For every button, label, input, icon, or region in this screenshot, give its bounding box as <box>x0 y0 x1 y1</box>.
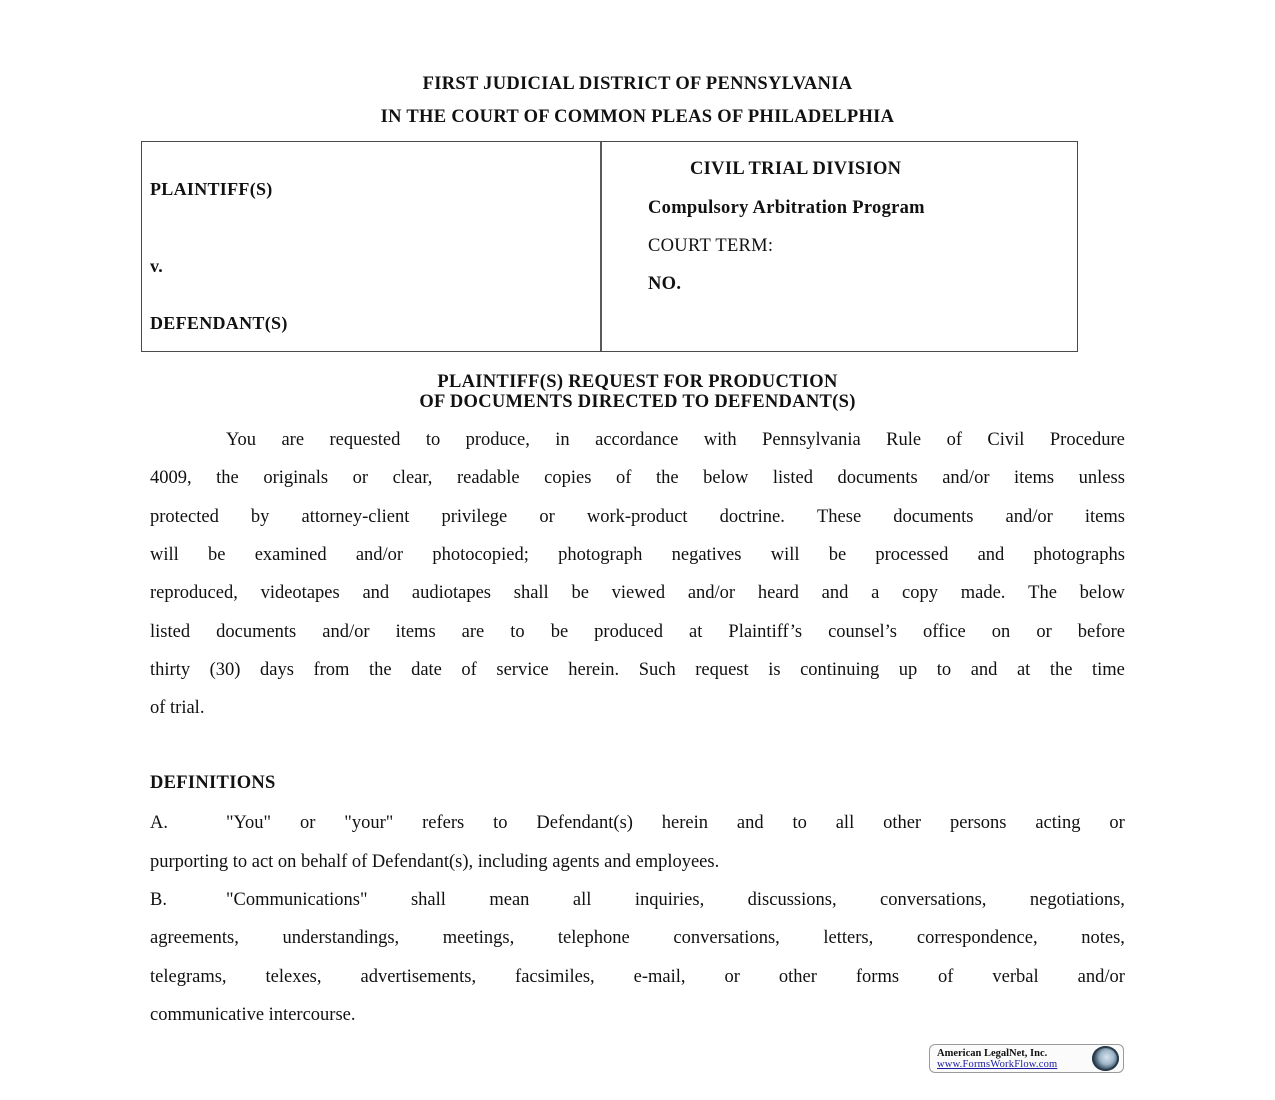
intro-line: protectedbyattorney-clientprivilegeorwor… <box>150 505 1125 529</box>
caption-divider <box>600 142 602 351</box>
intro-line: willbeexaminedand/orphotocopied;photogra… <box>150 543 1125 567</box>
plaintiff-label: PLAINTIFF(S) <box>150 179 273 200</box>
definition-continuation: communicative intercourse. <box>150 1003 1125 1027</box>
case-number-label: NO. <box>648 274 681 295</box>
intro-line: 4009,theoriginalsorclear,readablecopieso… <box>150 466 1125 490</box>
definition-continuation: telegrams,telexes,advertisements,facsimi… <box>150 965 1125 989</box>
definition-label: A. <box>150 811 226 835</box>
division-label: CIVIL TRIAL DIVISION <box>690 159 901 180</box>
versus-label: v. <box>150 256 163 277</box>
intro-line: Youarerequestedtoproduce,inaccordancewit… <box>226 428 1125 452</box>
document-title-line-1: PLAINTIFF(S) REQUEST FOR PRODUCTION <box>0 372 1275 392</box>
court-name-title: IN THE COURT OF COMMON PLEAS OF PHILADEL… <box>0 107 1275 128</box>
case-caption-box: PLAINTIFF(S) v. DEFENDANT(S) CIVIL TRIAL… <box>141 141 1078 352</box>
intro-line: of trial. <box>150 696 1125 720</box>
intro-line: thirty(30)daysfromthedateofserviceherein… <box>150 658 1125 682</box>
badge-company-name: American LegalNet, Inc. <box>937 1048 1047 1059</box>
definition-text: "You"or"your"referstoDefendant(s)hereina… <box>226 811 1125 835</box>
court-district-title: FIRST JUDICIAL DISTRICT OF PENNSYLVANIA <box>0 74 1275 95</box>
defendant-label: DEFENDANT(S) <box>150 313 288 334</box>
definitions-heading: DEFINITIONS <box>150 773 276 794</box>
program-label: Compulsory Arbitration Program <box>648 198 925 219</box>
document-title-line-2: OF DOCUMENTS DIRECTED TO DEFENDANT(S) <box>0 392 1275 412</box>
globe-logo-icon <box>1092 1046 1119 1071</box>
american-legalnet-badge[interactable]: American LegalNet, Inc. www.FormsWorkFlo… <box>929 1044 1124 1073</box>
intro-line: listeddocumentsand/oritemsaretobeproduce… <box>150 620 1125 644</box>
definition-continuation: purporting to act on behalf of Defendant… <box>150 850 1125 874</box>
definition-continuation: agreements,understandings,meetings,telep… <box>150 926 1125 950</box>
definition-item-a: A."You"or"your"referstoDefendant(s)herei… <box>150 811 1125 835</box>
intro-line: reproduced,videotapesandaudiotapesshallb… <box>150 581 1125 605</box>
court-term-label: COURT TERM: <box>648 236 773 257</box>
badge-website-link[interactable]: www.FormsWorkFlow.com <box>937 1059 1057 1070</box>
definition-label: B. <box>150 888 226 912</box>
definition-item-b: B."Communications"shallmeanallinquiries,… <box>150 888 1125 912</box>
definition-text: "Communications"shallmeanallinquiries,di… <box>226 888 1125 912</box>
